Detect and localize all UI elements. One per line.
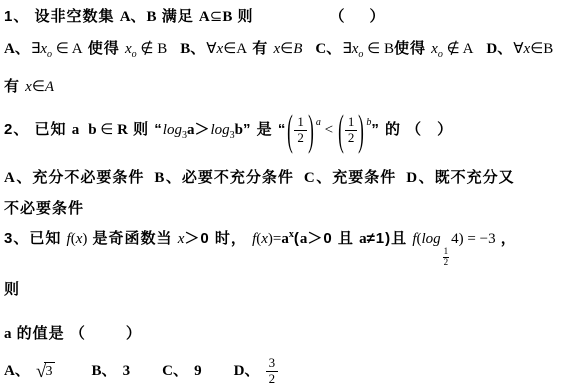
bold-roman-text: C <box>162 363 173 379</box>
fraction-denominator: 2 <box>294 131 307 146</box>
fraction-subscript: 12 <box>443 247 450 268</box>
bold-roman-text: B <box>91 363 101 379</box>
left-paren-icon: ( <box>338 109 344 152</box>
cn-text: ＞0 且 <box>307 230 359 247</box>
bold-roman-text: D <box>234 363 245 379</box>
italic-variable: x <box>25 79 32 95</box>
cn-text: 则 “ <box>128 121 163 138</box>
document-lines: 1、 设非空数集 A、B 满足 A⊆B 则（）A、∃xo ∈ A 使得 xo ∉… <box>4 5 562 384</box>
bold-roman-text: a <box>359 231 367 247</box>
bold-roman-text: a <box>4 326 12 342</box>
bold-roman-text: 3 <box>123 363 131 379</box>
italic-variable: A <box>45 79 54 95</box>
cn-text: ） <box>437 121 453 138</box>
q2-options: A、充分不必要条件B、必要不充分条件C、充要条件D、既不充分又 <box>4 166 562 190</box>
cn-text: ） <box>370 8 386 25</box>
q3-stem: 3、已知 f(x) 是奇函数当 x＞0 时， f(x)=ax(a＞0 且 a≠1… <box>4 223 562 268</box>
q3-question: a 的值是 （） <box>4 322 562 346</box>
bold-roman-text: a <box>72 122 80 138</box>
math-symbol: ∈ <box>363 41 384 57</box>
q3-options: A、 √3B、 3C、 9D、 32 <box>4 356 562 384</box>
cn-text: 是奇函数当 <box>87 230 177 247</box>
cn-text: 的值是 （ <box>12 325 86 342</box>
bold-roman-text: A <box>120 9 131 25</box>
italic-variable: x <box>40 41 47 57</box>
bold-roman-text: b <box>88 122 96 138</box>
cn-text: ≠1)且 <box>367 230 413 247</box>
bold-roman-text: b <box>235 122 243 138</box>
bold-roman-text: D <box>486 41 497 57</box>
italic-variable: x <box>261 231 268 247</box>
fraction-numerator: 3 <box>266 356 279 372</box>
fraction-numerator: 1 <box>294 115 307 131</box>
math-symbol: ∀ <box>513 41 523 57</box>
fraction-numerator: 1 <box>345 115 358 131</box>
cn-text: 、 <box>190 40 206 57</box>
fraction: 12 <box>345 115 358 146</box>
cn-text: 、充要条件 <box>316 169 396 186</box>
cn-text: 满足 <box>157 8 199 25</box>
bold-roman-text: A <box>199 9 210 25</box>
bold-roman-text: B <box>180 41 190 57</box>
cn-text: 、 <box>326 40 342 57</box>
cn-text: 有 <box>247 40 273 57</box>
cn-text: ＞0 时， <box>184 230 252 247</box>
fraction: 32 <box>266 356 279 384</box>
italic-variable: log <box>163 122 182 138</box>
cn-text: 、 <box>15 40 31 57</box>
cn-text: 、 <box>131 8 147 25</box>
fraction-denominator: 2 <box>345 131 358 146</box>
roman-text: B <box>543 41 553 57</box>
math-symbol: ∃ <box>31 41 40 57</box>
cn-text: 3、已知 <box>4 230 67 247</box>
cn-text: 、必要不充分条件 <box>166 169 294 186</box>
fraction: 12 <box>294 115 307 146</box>
italic-variable: log <box>210 122 229 138</box>
roman-text: ) = −3 <box>459 231 496 247</box>
bold-roman-text: C <box>315 41 326 57</box>
cn-text: 、既不充分又 <box>419 169 515 186</box>
math-symbol: ∈ <box>280 41 293 57</box>
italic-variable: x <box>431 41 438 57</box>
bold-roman-text: A <box>4 41 15 57</box>
cn-text: ， <box>496 230 517 247</box>
bold-roman-text: B <box>222 9 232 25</box>
left-paren-icon: ( <box>287 109 293 152</box>
math-symbol: ∈ <box>32 79 45 95</box>
roman-text: 4 <box>451 231 459 247</box>
math-symbol: ∈ <box>530 41 543 57</box>
fraction-denominator: 2 <box>266 372 279 384</box>
cn-text: ） <box>126 325 142 342</box>
q1-options-cont: 有 x∈A <box>4 75 562 99</box>
document-page: 1、 设非空数集 A、B 满足 A⊆B 则（）A、∃xo ∈ A 使得 xo ∉… <box>0 0 566 384</box>
roman-text: A <box>463 41 474 57</box>
cn-text: 则 <box>4 281 20 298</box>
cn-text: 则 <box>232 8 253 25</box>
math-symbol: < <box>321 122 337 138</box>
bold-roman-text: R <box>117 122 128 138</box>
math-symbol: ∉ <box>137 41 158 57</box>
cn-text: 2、 已知 <box>4 121 72 138</box>
parenthesized-fraction-power: (12)a <box>286 115 321 146</box>
cn-text: 1、 设非空数集 <box>4 8 120 25</box>
bold-roman-text: a <box>281 231 289 247</box>
parenthesized-fraction-power: (12)b <box>337 115 372 146</box>
cn-text: 、 <box>173 362 194 379</box>
bold-roman-text: 9 <box>194 363 202 379</box>
q2-stem: 2、 已知 ab ∈ R 则 “log3a＞log3b” 是 “(12)a < … <box>4 107 562 154</box>
cn-text: 使得 <box>394 40 431 57</box>
cn-text: ” 的 （ <box>371 121 422 138</box>
math-symbol: ⊆ <box>210 9 223 25</box>
italic-variable: B <box>293 41 302 57</box>
radicand: 3 <box>44 362 55 381</box>
cn-text: 有 <box>4 78 25 95</box>
cn-text: 不必要条件 <box>4 200 84 217</box>
cn-text: ＞ <box>194 121 210 138</box>
bold-roman-text: C <box>304 170 316 186</box>
right-paren-icon: ) <box>358 109 364 152</box>
cn-text: 、 <box>101 362 122 379</box>
cn-text: （ <box>330 8 346 25</box>
math-symbol: ∈ <box>52 41 72 57</box>
bold-roman-text: A <box>4 363 15 379</box>
bold-roman-text: D <box>406 170 418 186</box>
cn-text: 使得 <box>83 40 125 57</box>
math-symbol: ∃ <box>342 41 351 57</box>
q2-options-cont: 不必要条件 <box>4 197 562 221</box>
cn-text: 、充分不必要条件 <box>16 169 144 186</box>
italic-variable: log <box>421 231 440 247</box>
q1-stem: 1、 设非空数集 A、B 满足 A⊆B 则（） <box>4 5 562 29</box>
math-symbol: ∈ <box>97 122 118 138</box>
roman-text: B <box>157 41 167 57</box>
cn-text: ” 是 “ <box>243 121 286 138</box>
cn-text: 、 <box>497 40 513 57</box>
right-paren-icon: ) <box>308 109 314 152</box>
math-symbol: ∉ <box>443 41 463 57</box>
roman-text: B <box>384 41 394 57</box>
bold-roman-text: B <box>147 9 157 25</box>
q1-options: A、∃xo ∈ A 使得 xo ∉ BB、∀x∈A 有 x∈BC、∃xo ∈ B… <box>4 37 562 67</box>
bold-roman-text: B <box>154 170 166 186</box>
cn-text: 、 <box>15 362 36 379</box>
math-symbol: ∀ <box>206 41 216 57</box>
fraction-denominator: 2 <box>444 258 449 268</box>
italic-variable: x <box>125 41 132 57</box>
bold-roman-text: A <box>4 170 16 186</box>
cn-text: 、 <box>245 362 266 379</box>
square-root: √3 <box>36 362 55 381</box>
roman-text: A <box>72 41 83 57</box>
roman-text: A <box>236 41 247 57</box>
q3-then: 则 <box>4 278 562 302</box>
math-symbol: ∈ <box>223 41 236 57</box>
